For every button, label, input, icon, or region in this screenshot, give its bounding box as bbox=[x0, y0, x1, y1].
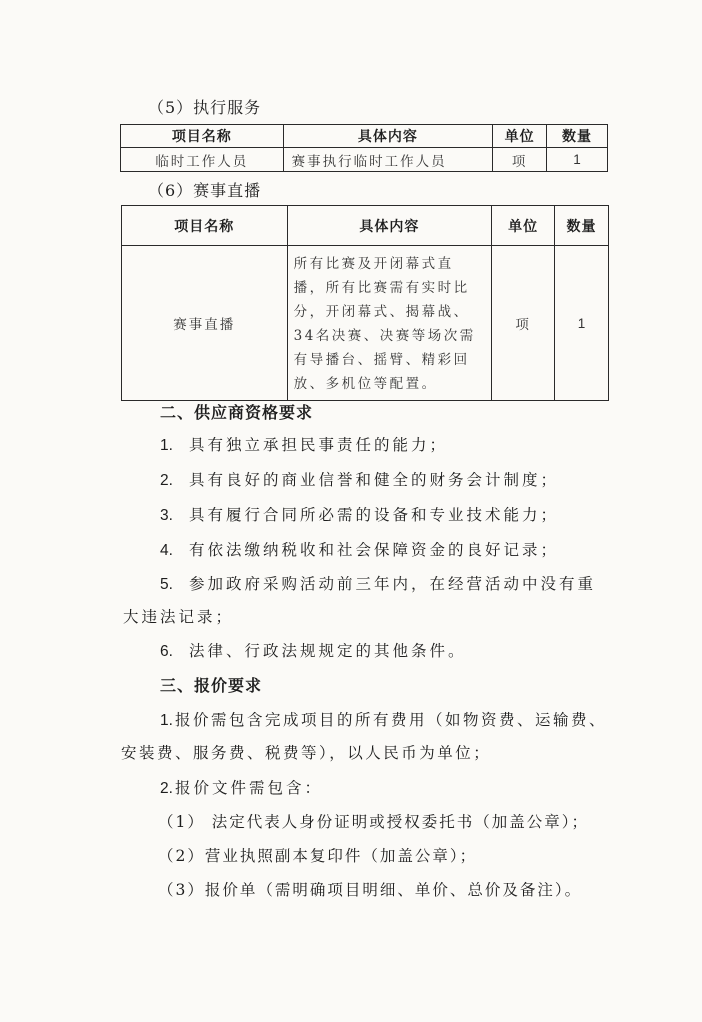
list-item-continuation: 大违法记录； bbox=[123, 605, 234, 627]
sub-list-item: （2）营业执照副本复印件（加盖公章）； bbox=[158, 844, 477, 866]
item-text: 具有良好的商业信誉和健全的财务会计制度； bbox=[189, 471, 559, 489]
col-header-item-name: 项目名称 bbox=[121, 125, 284, 148]
item-number: 2. bbox=[160, 780, 173, 797]
item-text: 参加政府采购活动前三年内，在经营活动中没有重 bbox=[189, 575, 596, 593]
sub-list-item: （1） 法定代表人身份证明或授权委托书（加盖公章）； bbox=[158, 810, 589, 832]
item-text: 报价文件需包含： bbox=[175, 779, 323, 797]
section5-heading: （5）执行服务 bbox=[148, 95, 261, 118]
col-header-item-name: 项目名称 bbox=[122, 206, 288, 246]
item-number: 3. bbox=[160, 507, 173, 524]
item-number: 1. bbox=[160, 437, 173, 454]
col-header-qty: 数量 bbox=[555, 206, 609, 246]
list-item: 1.报价需包含完成项目的所有费用（如物资费、运输费、 bbox=[160, 708, 607, 730]
item-text: 法律、行政法规规定的其他条件。 bbox=[189, 642, 467, 660]
cell-qty: 1 bbox=[555, 246, 609, 401]
cell-content: 赛事执行临时工作人员 bbox=[283, 148, 493, 172]
item-text: 报价需包含完成项目的所有费用（如物资费、运输费、 bbox=[175, 711, 607, 729]
list-item-continuation: 安装费、服务费、税费等），以人民币为单位； bbox=[121, 741, 491, 763]
item-number: 1. bbox=[160, 712, 173, 729]
col-header-content: 具体内容 bbox=[283, 125, 493, 148]
table-header-row: 项目名称 具体内容 单位 数量 bbox=[121, 125, 608, 148]
item-number: 6. bbox=[160, 643, 173, 660]
quote-requirements-heading: 三、报价要求 bbox=[160, 673, 262, 696]
table-row: 临时工作人员 赛事执行临时工作人员 项 1 bbox=[121, 148, 608, 172]
section6-heading: （6）赛事直播 bbox=[148, 178, 261, 201]
item-number: 5. bbox=[160, 576, 173, 593]
cell-unit: 项 bbox=[492, 246, 555, 401]
item-text: 具有履行合同所必需的设备和专业技术能力； bbox=[189, 506, 559, 524]
item-text: 有依法缴纳税收和社会保障资金的良好记录； bbox=[189, 541, 559, 559]
col-header-content: 具体内容 bbox=[287, 206, 492, 246]
sub-list-item: （3）报价单（需明确项目明细、单价、总价及备注）。 bbox=[158, 878, 582, 900]
cell-item-name: 赛事直播 bbox=[122, 246, 288, 401]
col-header-unit: 单位 bbox=[493, 125, 547, 148]
item-number: 2. bbox=[160, 472, 173, 489]
table-header-row: 项目名称 具体内容 单位 数量 bbox=[122, 206, 609, 246]
broadcast-table: 项目名称 具体内容 单位 数量 赛事直播 所有比赛及开闭幕式直播，所有比赛需有实… bbox=[121, 205, 609, 401]
service-table: 项目名称 具体内容 单位 数量 临时工作人员 赛事执行临时工作人员 项 1 bbox=[120, 124, 608, 172]
cell-qty: 1 bbox=[547, 148, 608, 172]
item-text: 具有独立承担民事责任的能力； bbox=[189, 436, 448, 454]
list-item: 2.具有良好的商业信誉和健全的财务会计制度； bbox=[160, 468, 559, 490]
supplier-requirements-heading: 二、供应商资格要求 bbox=[160, 400, 313, 423]
table-row: 赛事直播 所有比赛及开闭幕式直播，所有比赛需有实时比分，开闭幕式、揭幕战、34名… bbox=[122, 246, 609, 401]
cell-content: 所有比赛及开闭幕式直播，所有比赛需有实时比分，开闭幕式、揭幕战、34名决赛、决赛… bbox=[287, 246, 492, 401]
list-item: 4.有依法缴纳税收和社会保障资金的良好记录； bbox=[160, 538, 559, 560]
list-item: 1.具有独立承担民事责任的能力； bbox=[160, 433, 448, 455]
col-header-qty: 数量 bbox=[547, 125, 608, 148]
list-item: 2.报价文件需包含： bbox=[160, 776, 323, 798]
list-item: 6.法律、行政法规规定的其他条件。 bbox=[160, 639, 466, 661]
item-number: 4. bbox=[160, 542, 173, 559]
col-header-unit: 单位 bbox=[492, 206, 555, 246]
cell-unit: 项 bbox=[493, 148, 547, 172]
list-item: 3.具有履行合同所必需的设备和专业技术能力； bbox=[160, 503, 559, 525]
cell-item-name: 临时工作人员 bbox=[121, 148, 284, 172]
list-item: 5.参加政府采购活动前三年内，在经营活动中没有重 bbox=[160, 572, 596, 594]
